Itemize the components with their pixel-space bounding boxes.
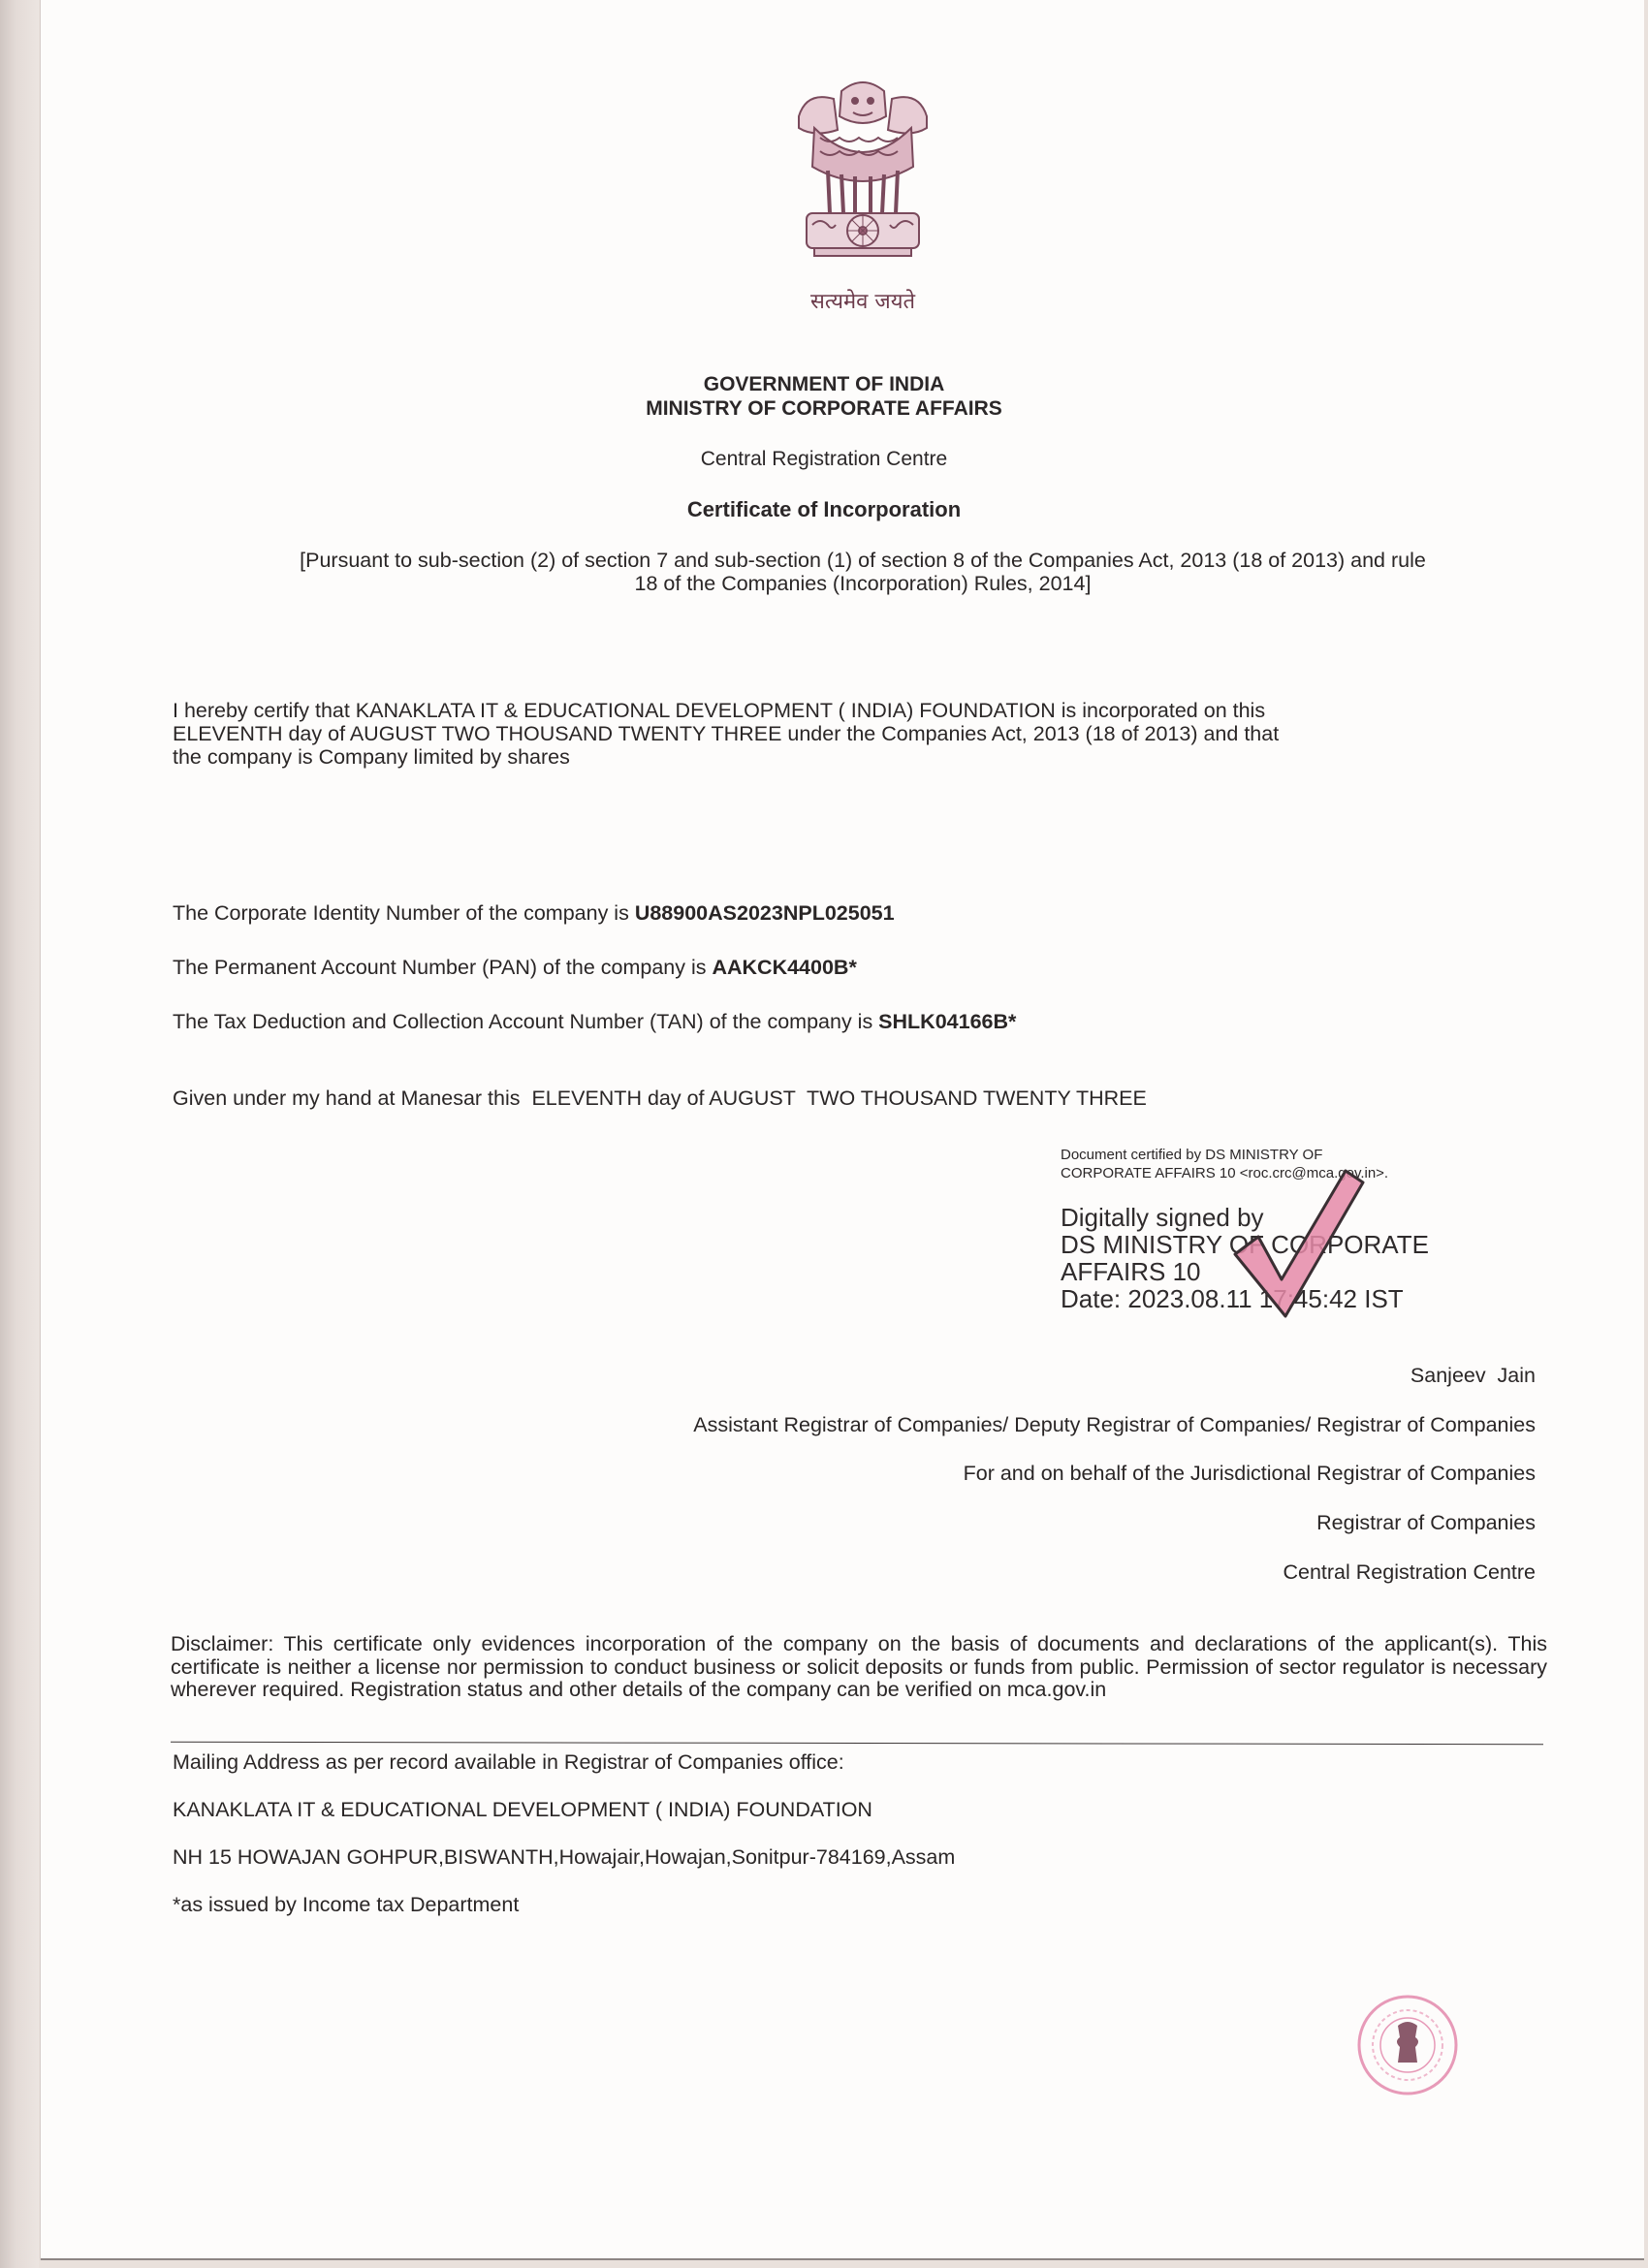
- header-ministry: MINISTRY OF CORPORATE AFFAIRS: [0, 396, 1648, 421]
- certification-paragraph: I hereby certify that KANAKLATA IT & EDU…: [173, 699, 1530, 769]
- citation-line-1: [Pursuant to sub-section (2) of section …: [174, 549, 1551, 572]
- footnote: *as issued by Income tax Department: [173, 1893, 519, 1917]
- citation-line-2: 18 of the Companies (Incorporation) Rule…: [174, 572, 1551, 595]
- national-emblem-icon: [785, 70, 940, 273]
- signature-valid-checkmark-icon: [1231, 1165, 1367, 1320]
- certification-line-1: I hereby certify that KANAKLATA IT & EDU…: [173, 699, 1530, 722]
- mailing-label: Mailing Address as per record available …: [173, 1750, 844, 1775]
- tan-label: The Tax Deduction and Collection Account…: [173, 1010, 878, 1033]
- certification-line-3: the company is Company limited by shares: [173, 745, 1530, 769]
- pan-label: The Permanent Account Number (PAN) of th…: [173, 956, 712, 979]
- tan-line: The Tax Deduction and Collection Account…: [173, 1010, 1016, 1034]
- header-government: GOVERNMENT OF INDIA: [0, 372, 1648, 396]
- header-office: Central Registration Centre: [0, 448, 1648, 471]
- citation: [Pursuant to sub-section (2) of section …: [174, 549, 1551, 595]
- digital-signature-block: Document certified by DS MINISTRY OFCORP…: [1061, 1146, 1506, 1330]
- disclaimer: Disclaimer: This certificate only eviden…: [171, 1633, 1547, 1702]
- scan-edge: [0, 0, 39, 2268]
- certification-line-2: ELEVENTH day of AUGUST TWO THOUSAND TWEN…: [173, 722, 1530, 745]
- pan-line: The Permanent Account Number (PAN) of th…: [173, 956, 857, 980]
- certificate-page: [41, 0, 1644, 2260]
- page-title: Certificate of Incorporation: [0, 497, 1648, 522]
- cin-label: The Corporate Identity Number of the com…: [173, 901, 635, 925]
- cin-line: The Corporate Identity Number of the com…: [173, 901, 895, 926]
- certified-line-1: Document certified by DS MINISTRY OF: [1061, 1146, 1388, 1164]
- registrar-centre: Central Registration Centre: [1283, 1560, 1536, 1585]
- mailing-address: NH 15 HOWAJAN GOHPUR,BISWANTH,Howajair,H…: [173, 1845, 955, 1870]
- mailing-company: KANAKLATA IT & EDUCATIONAL DEVELOPMENT (…: [173, 1798, 872, 1822]
- cin-value: U88900AS2023NPL025051: [635, 901, 895, 925]
- disclaimer-text: Disclaimer: This certificate only eviden…: [171, 1632, 1547, 1701]
- registrar-behalf: For and on behalf of the Jurisdictional …: [964, 1462, 1536, 1486]
- registrar-office: Registrar of Companies: [1316, 1511, 1536, 1535]
- pan-value: AAKCK4400B*: [712, 956, 856, 979]
- registrar-name: Sanjeev Jain: [1410, 1364, 1536, 1388]
- given-under-line: Given under my hand at Manesar this ELEV…: [173, 1087, 1147, 1111]
- emblem-motto: सत्यमेव जयते: [756, 286, 969, 315]
- registrar-designation: Assistant Registrar of Companies/ Deputy…: [693, 1413, 1536, 1437]
- tan-value: SHLK04166B*: [878, 1010, 1016, 1033]
- mca-link[interactable]: mca.gov.in: [1007, 1678, 1106, 1701]
- roc-official-seal-icon: [1355, 1993, 1460, 2097]
